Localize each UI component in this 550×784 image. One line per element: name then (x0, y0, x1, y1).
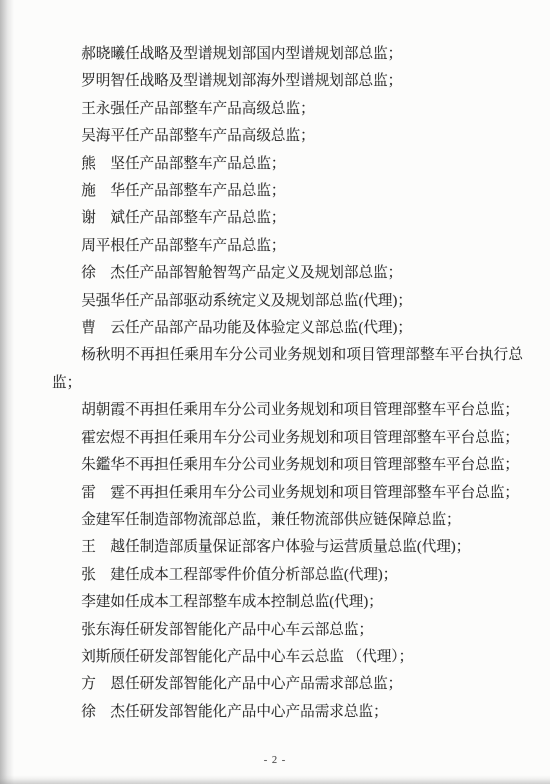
appointment-line: 张东海任研发部智能化产品中心车云部总监； (52, 617, 523, 644)
page-number: - 2 - (0, 755, 550, 766)
appointment-line: 王 越任制造部质量保证部客户体验与运营质量总监(代理)； (52, 534, 523, 561)
appointment-line: 李建如任成本工程部整车成本控制总监(代理)； (52, 589, 523, 616)
appointment-line: 徐 杰任产品部智舱智驾产品定义及规划部总监； (52, 260, 523, 287)
appointment-line: 胡朝霞不再担任乘用车分公司业务规划和项目管理部整车平台总监； (52, 397, 523, 424)
appointment-line: 周平根任产品部整车产品总监； (52, 233, 523, 260)
appointment-line: 王永强任产品部整车产品高级总监； (52, 96, 523, 123)
appointment-line: 朱鑑华不再担任乘用车分公司业务规划和项目管理部整车平台总监； (52, 452, 523, 479)
appointment-line: 吴海平任产品部整车产品高级总监； (52, 123, 523, 150)
scan-shadow-bottom (0, 775, 550, 784)
appointment-line: 吴强华任产品部驱动系统定义及规划部总监(代理)； (52, 288, 523, 315)
appointment-line: 方 恩任研发部智能化产品中心产品需求部总监； (52, 671, 523, 698)
appointment-line: 曹 云任产品部产品功能及体验定义部总监(代理)； (52, 315, 523, 342)
appointment-line: 霍宏煜不再担任乘用车分公司业务规划和项目管理部整车平台总监； (52, 425, 523, 452)
appointment-line: 熊 坚任产品部整车产品总监； (52, 151, 523, 178)
appointment-line: 刘斯颀任研发部智能化产品中心车云总监 （代理）； (52, 644, 523, 671)
appointment-line: 杨秋明不再担任乘用车分公司业务规划和项目管理部整车平台执行总监； (52, 342, 523, 397)
appointment-line: 张 建任成本工程部零件价值分析部总监(代理)； (52, 562, 523, 589)
appointment-line: 徐 杰任研发部智能化产品中心产品需求总监； (52, 699, 523, 726)
appointment-line: 金建军任制造部物流部总监，兼任物流部供应链保障总监； (52, 507, 523, 534)
document-page: 郝晓曦任战略及型谱规划部国内型谱规划部总监； 罗明智任战略及型谱规划部海外型谱规… (0, 0, 550, 784)
appointment-line: 罗明智任战略及型谱规划部海外型谱规划部总监； (52, 68, 523, 95)
appointment-line: 施 华任产品部整车产品总监； (52, 178, 523, 205)
appointment-line: 郝晓曦任战略及型谱规划部国内型谱规划部总监； (52, 41, 523, 68)
appointment-line: 雷 霆不再担任乘用车分公司业务规划和项目管理部整车平台总监； (52, 480, 523, 507)
document-body: 郝晓曦任战略及型谱规划部国内型谱规划部总监； 罗明智任战略及型谱规划部海外型谱规… (52, 41, 523, 726)
scan-shadow-left (0, 0, 14, 784)
appointment-line: 谢 斌任产品部整车产品总监； (52, 205, 523, 232)
